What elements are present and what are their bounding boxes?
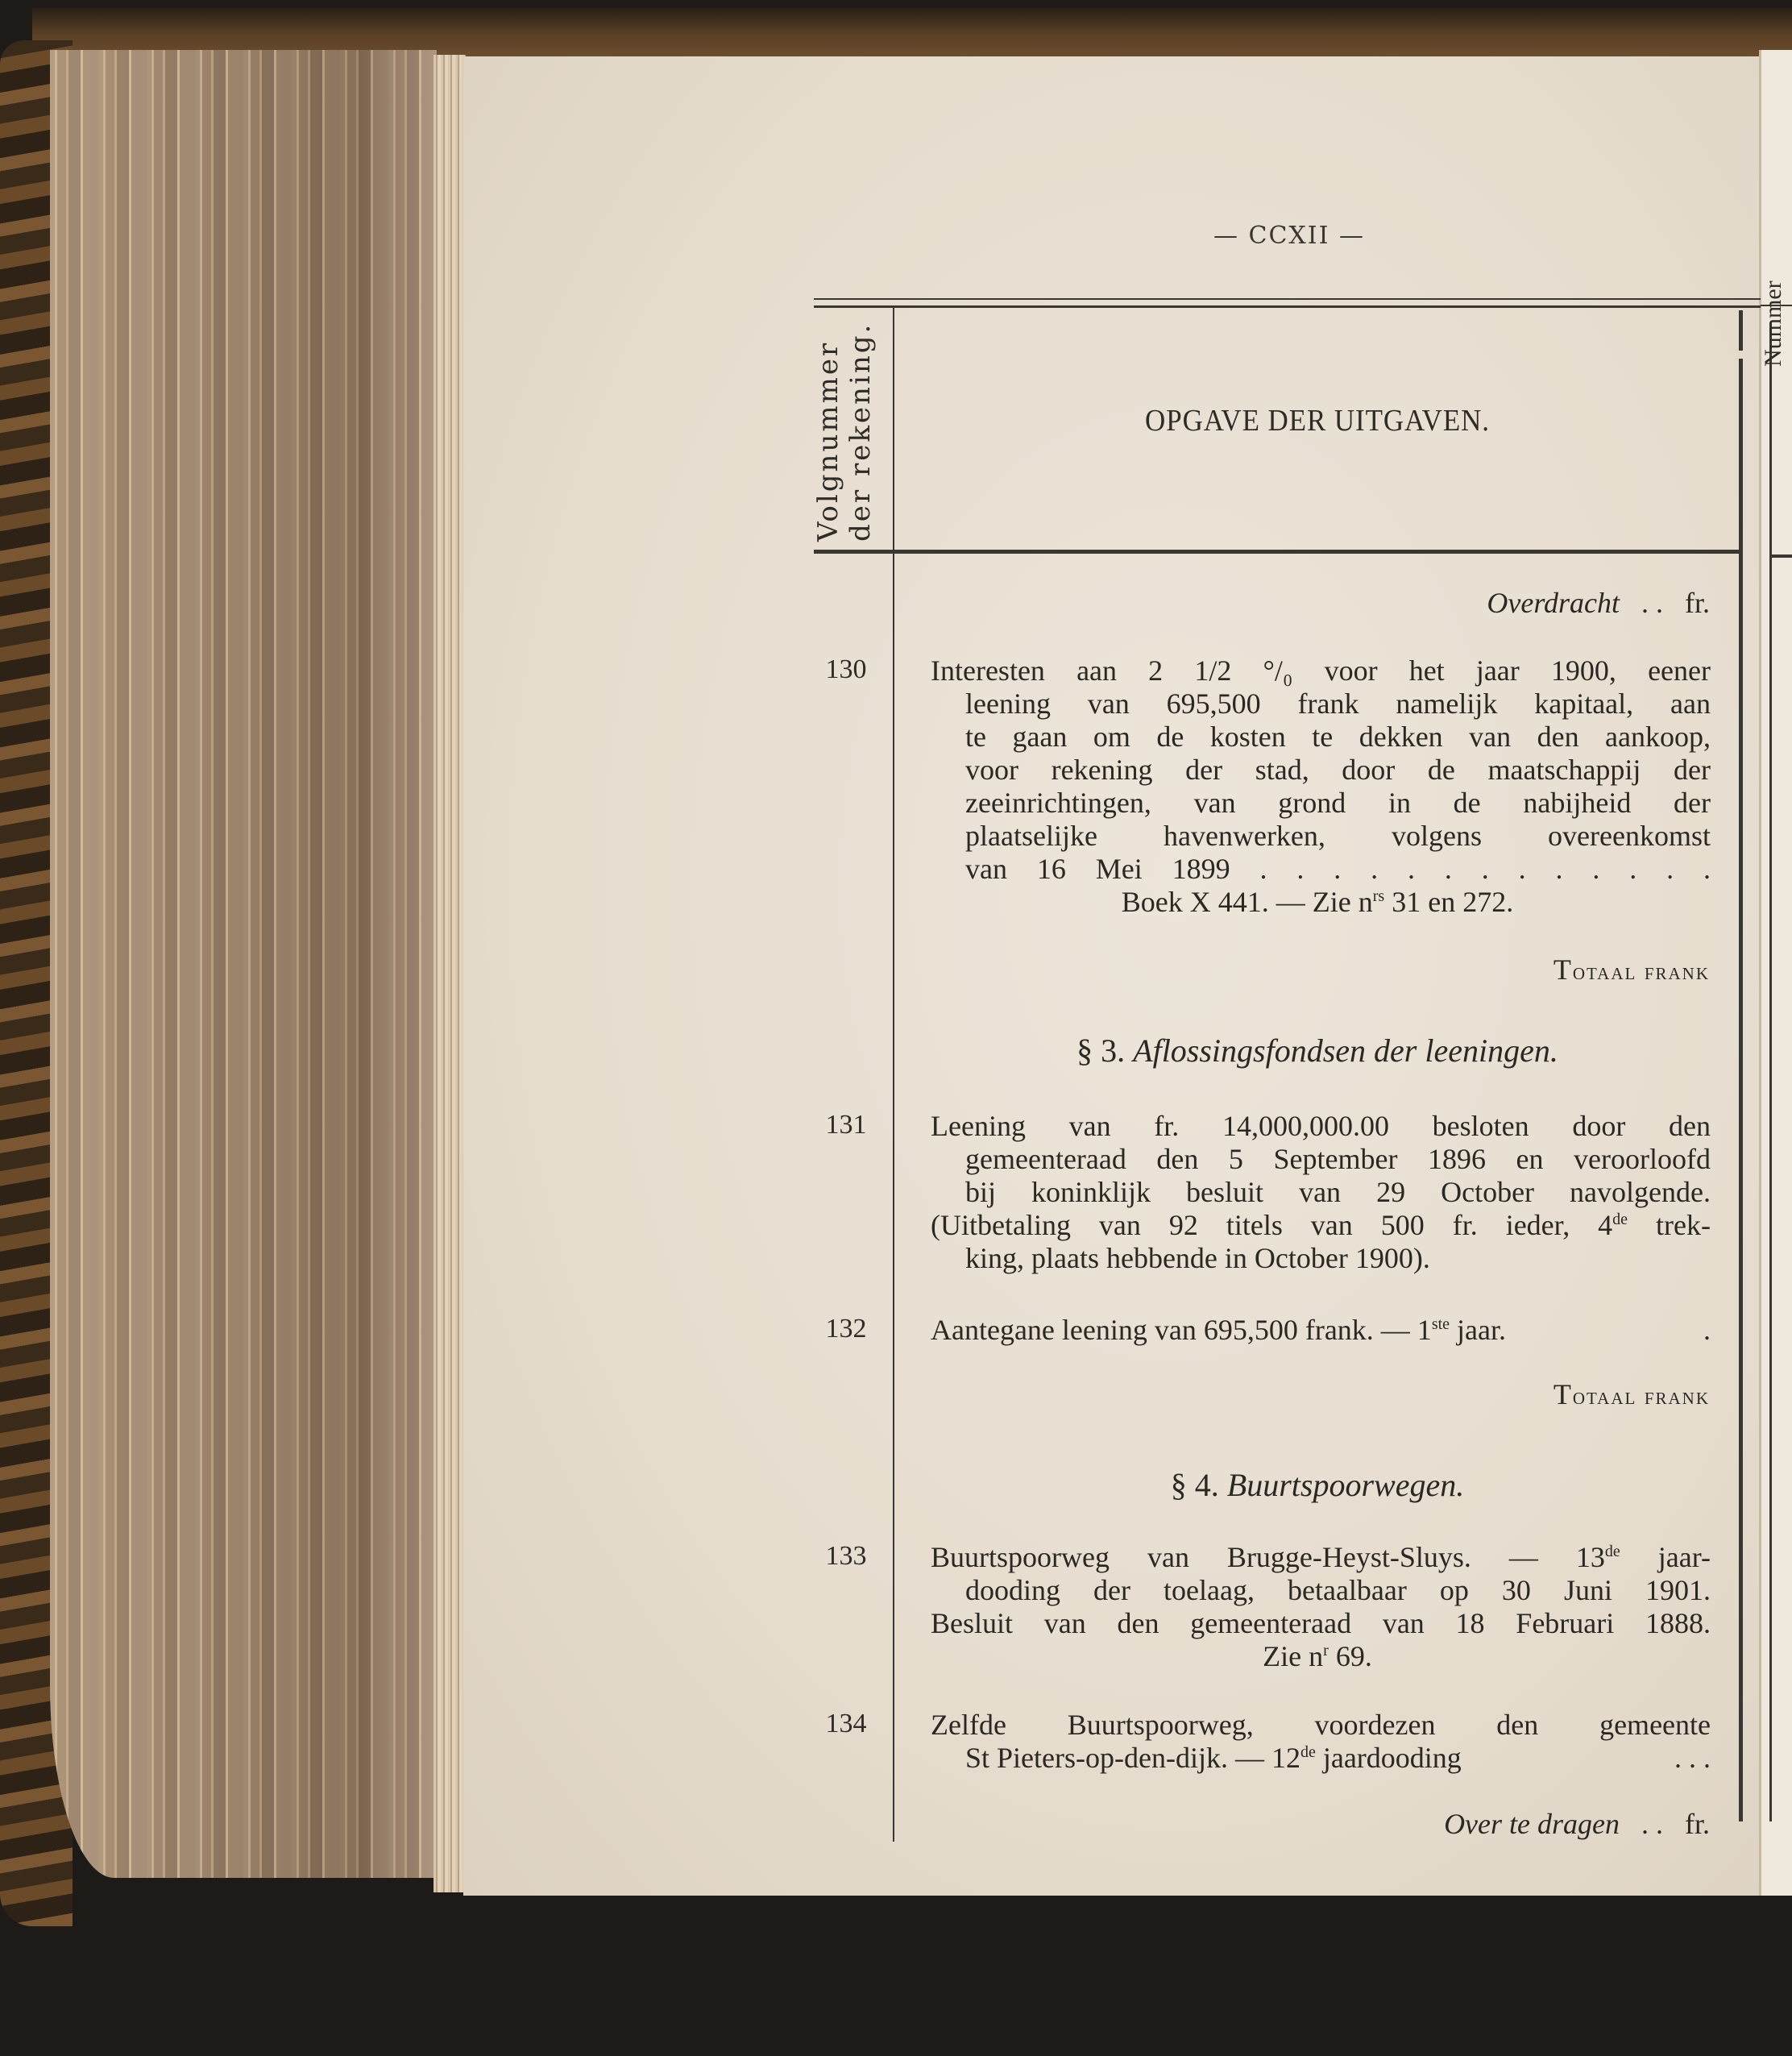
carry-out-leader: . . <box>1641 1808 1663 1840</box>
entry-133-line-1-prefix: Buurtspoorweg van Brugge-Heyst-Sluys. — … <box>931 1541 1605 1573</box>
carry-in-unit: fr. <box>1685 587 1710 619</box>
entry-130-reference: Boek X 441. — Zie nrs 31 en 272. <box>894 886 1740 919</box>
entry-130-line-7: van 16 Mei 1899 . . . . . . . . . . . . … <box>965 853 1711 886</box>
entry-131-line-4-suffix: trek- <box>1628 1209 1711 1241</box>
total-2-label-rest: otaal frank <box>1573 1383 1710 1410</box>
entry-130-reference-suffix: 31 en 272. <box>1384 886 1513 918</box>
carry-out-unit: fr. <box>1685 1808 1710 1840</box>
entry-131-line-4: (Uitbetaling van 92 titels van 500 fr. i… <box>931 1209 1711 1242</box>
total-1-label-initial: T <box>1553 953 1573 986</box>
entry-130-line-5: zeeinrichtingen, van grond in de nabijhe… <box>965 787 1711 820</box>
book-cover-top <box>32 8 1792 56</box>
carry-out-row: Over te dragen . . fr. <box>927 1808 1710 1841</box>
number-column-header: Volgnummer der rekening. <box>806 314 894 548</box>
carry-in-label: Overdracht <box>1487 587 1620 619</box>
entry-131-line-4-prefix: (Uitbetaling van 92 titels van 500 fr. i… <box>931 1209 1612 1241</box>
carry-out-label: Over te dragen <box>1444 1808 1620 1840</box>
total-2-label-initial: T <box>1553 1378 1573 1410</box>
section-3-title: Aflossingsfondsen der leeningen. <box>1133 1032 1558 1069</box>
carry-in-leader: . . <box>1641 587 1663 619</box>
entry-130-number: 130 <box>810 654 882 685</box>
entry-133-line-4-prefix: Zie n <box>1263 1640 1323 1672</box>
total-row-2: Totaal frank <box>927 1378 1710 1413</box>
entry-131-line-1: Leening van fr. 14,000,000.00 besloten d… <box>931 1110 1711 1143</box>
top-rule-1 <box>814 298 1761 300</box>
header-bottom-rule <box>814 550 1739 554</box>
section-4-prefix: § 4. <box>1171 1467 1219 1503</box>
entry-132-sup: ste <box>1432 1315 1450 1333</box>
entry-131-line-2: gemeenteraad den 5 September 1896 en ver… <box>965 1143 1711 1176</box>
entry-134-leader: . . . <box>1674 1742 1711 1775</box>
number-column-header-line1: Volgnummer <box>812 341 844 542</box>
number-column-header-line2: der rekening. <box>844 322 877 542</box>
next-page-header-rule <box>1772 554 1792 558</box>
entry-133-line-3: Besluit van den gemeenteraad van 18 Febr… <box>931 1607 1711 1640</box>
page-edges-shading <box>50 50 437 1878</box>
entry-133-line-1: Buurtspoorweg van Brugge-Heyst-Sluys. — … <box>931 1541 1711 1574</box>
entry-132-leader: . <box>1703 1314 1711 1347</box>
right-border-upper <box>1739 310 1743 351</box>
entry-130-line-1: Interesten aan 2 1/2 °/₀ voor het jaar 1… <box>931 654 1711 687</box>
entry-132-suffix: jaar. <box>1450 1314 1506 1346</box>
entry-134-line-2-prefix: St Pieters-op-den-dijk. — 12 <box>965 1742 1300 1774</box>
entry-134-line-2-sup: de <box>1300 1743 1316 1761</box>
page-number: — CCXII — <box>1168 222 1410 250</box>
entry-130-line-3: te gaan om de kosten te dekken van den a… <box>965 721 1711 754</box>
section-4-title: Buurtspoorwegen. <box>1227 1467 1464 1503</box>
next-page-border <box>1769 322 1772 1821</box>
entry-132-prefix: Aantegane leening van 695,500 frank. — 1 <box>931 1314 1432 1346</box>
total-1-label-rest: otaal frank <box>1573 958 1710 985</box>
total-row-1: Totaal frank <box>927 953 1710 988</box>
entry-133-line-4-sup: r <box>1323 1642 1329 1659</box>
entry-132-line: Aantegane leening van 695,500 frank. — 1… <box>931 1314 1711 1347</box>
section-3-prefix: § 3. <box>1076 1032 1125 1069</box>
description-column-header: OPGAVE DER UITGAVEN. <box>928 403 1707 438</box>
next-page-column-label: Nummer <box>1760 280 1787 367</box>
entry-133-line-2: dooding der toelaag, betaalbaar op 30 Ju… <box>965 1574 1711 1607</box>
section-4-heading: § 4. Buurtspoorwegen. <box>894 1468 1740 1502</box>
entry-130-line-4: voor rekening der stad, door de maatscha… <box>965 754 1711 787</box>
entry-130-reference-prefix: Boek X 441. — Zie n <box>1122 886 1373 918</box>
carry-in-row: Overdracht . . fr. <box>927 587 1710 620</box>
entry-133-line-1-sup: de <box>1605 1543 1620 1560</box>
entry-131-line-3: bij koninklijk besluit van 29 October na… <box>965 1176 1711 1209</box>
entry-131-line-4-sup: de <box>1612 1211 1628 1228</box>
entry-131-number: 131 <box>810 1110 882 1140</box>
entry-130-line-2: leening van 695,500 frank namelijk kapit… <box>965 687 1711 721</box>
entry-130-reference-sup: rs <box>1373 887 1384 905</box>
right-border <box>1739 359 1743 1821</box>
entry-133-line-4: Zie nr 69. <box>894 1640 1740 1673</box>
entry-132-number: 132 <box>810 1314 882 1344</box>
entry-134-line-2: St Pieters-op-den-dijk. — 12de jaardoodi… <box>965 1742 1711 1775</box>
inner-page-edges <box>433 55 466 1892</box>
entry-133-number: 133 <box>810 1541 882 1572</box>
entry-131-line-5: king, plaats hebbende in October 1900). <box>965 1242 1430 1275</box>
entry-133-line-4-suffix: 69. <box>1329 1640 1372 1672</box>
entry-134-line-1: Zelfde Buurtspoorweg, voordezen den geme… <box>931 1709 1711 1742</box>
entry-134-number: 134 <box>810 1709 882 1739</box>
entry-133-line-1-suffix: jaar- <box>1620 1541 1711 1573</box>
entry-134-line-2-suffix: jaardooding <box>1316 1742 1462 1774</box>
entry-130-line-6: plaatselijke havenwerken, volgens overee… <box>965 820 1711 853</box>
section-3-heading: § 3. Aflossingsfondsen der leeningen. <box>894 1034 1740 1067</box>
top-rule-2 <box>814 305 1761 308</box>
